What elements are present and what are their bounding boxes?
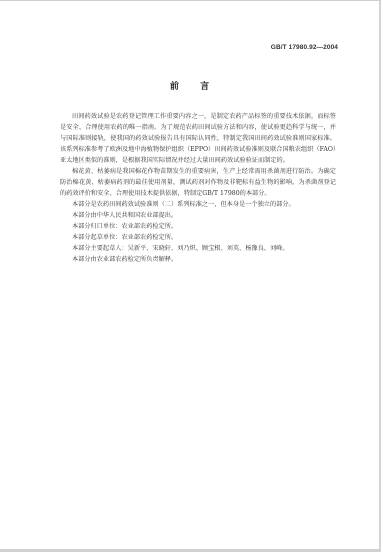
foreword-body: 田间药效试验是农药登记管理工作重要内容之一，是制定农药产品标签的重要技术依据，而… bbox=[60, 111, 336, 265]
paragraph-interpretation: 本部分由农业部农药检定所负责解释。 bbox=[60, 254, 336, 265]
paragraph-series: 本部分是农药田间药效试验准则（二）系列标准之一，但本身是一个独立的部分。 bbox=[60, 199, 336, 210]
paragraph-drafting-unit: 本部分起草单位：农业部农药检定所。 bbox=[60, 232, 336, 243]
paragraph-intro: 田间药效试验是农药登记管理工作重要内容之一，是制定农药产品标签的重要技术依据，而… bbox=[60, 111, 336, 166]
title-char-2: 言 bbox=[200, 79, 209, 92]
page-title: 前 言 bbox=[0, 79, 379, 92]
paragraph-drafters: 本部分主要起草人：吴新平、宋晓轩、刘乃炽、顾宝根、刘英、杨豫良、刘峰。 bbox=[60, 243, 336, 254]
paragraph-proposer: 本部分由中华人民共和国农业部提出。 bbox=[60, 210, 336, 221]
paragraph-purpose: 棉花黄、枯萎病是我国棉花作物苗期发生的重要病害，生产上经常需用杀菌剂进行防治。为… bbox=[60, 166, 336, 199]
document-page: GB/T 17980.92—2004 前 言 田间药效试验是农药登记管理工作重要… bbox=[0, 0, 381, 552]
title-char-1: 前 bbox=[170, 79, 179, 92]
standard-code: GB/T 17980.92—2004 bbox=[271, 44, 338, 51]
paragraph-responsible-unit: 本部分归口单位：农业部农药检定所。 bbox=[60, 221, 336, 232]
